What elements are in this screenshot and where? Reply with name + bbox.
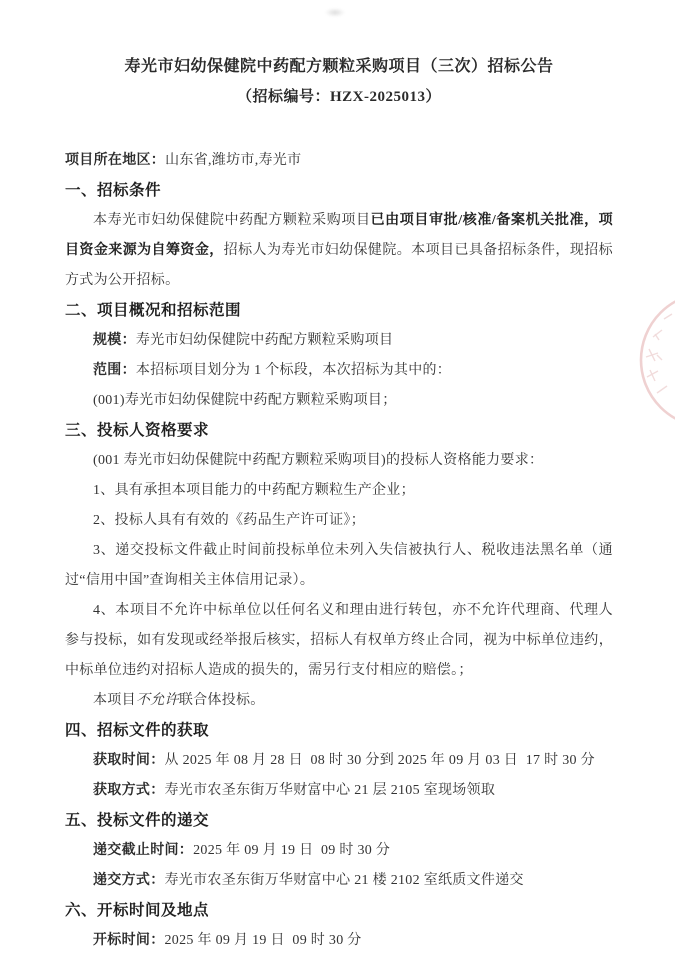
bid-opening-time-line: 开标时间：2025 年 09 月 19 日 09 时 30 分: [65, 926, 613, 953]
scope-label: 范围：: [93, 363, 136, 378]
location-value: 山东省,潍坊市,寿光市: [165, 153, 301, 168]
submit-deadline-line: 递交截止时间：2025 年 09 月 19 日 09 时 30 分: [65, 836, 613, 866]
section-4-heading: 四、招标文件的获取: [65, 716, 613, 746]
bid-opening-time-value: 2025 年 09 月 19 日 09 时 30 分: [165, 933, 362, 948]
qualification-item-2: 2、投标人具有有效的《药品生产许可证》；: [65, 506, 613, 536]
page-title: 寿光市妇幼保健院中药配方颗粒采购项目（三次）招标公告: [65, 52, 613, 82]
bid-number: （招标编号：HZX-2025013）: [65, 82, 613, 112]
no-consortium-suffix: 联合体投标。: [179, 693, 265, 708]
project-scale-line: 规模：寿光市妇幼保健院中药配方颗粒采购项目: [65, 326, 613, 356]
qualification-item-3: 3、递交投标文件截止时间前投标单位未列入失信被执行人、税收违法黑名单（通过“信用…: [65, 536, 613, 596]
scanned-document-page: 寿光市妇幼保健院中药配方颗粒采购项目（三次）招标公告 （招标编号：HZX-202…: [0, 0, 675, 953]
obtain-method-label: 获取方式：: [93, 783, 165, 798]
section-1-text-a: 本寿光市妇幼保健院中药配方颗粒采购项目: [93, 213, 371, 228]
qualification-intro-line: (001 寿光市妇幼保健院中药配方颗粒采购项目)的投标人资格能力要求：: [65, 446, 613, 476]
lot-line: (001)寿光市妇幼保健院中药配方颗粒采购项目；: [65, 386, 613, 416]
no-consortium-prefix: 本项目: [93, 693, 136, 708]
obtain-time-label: 获取时间：: [93, 753, 165, 768]
qualification-item-4: 4、本项目不允许中标单位以任何名义和理由进行转包，亦不允许代理商、代理人参与投标…: [65, 596, 613, 686]
no-consortium-emphasis: 不允许: [136, 693, 179, 708]
obtain-time-line: 获取时间：从 2025 年 08 月 28 日 08 时 30 分到 2025 …: [65, 746, 613, 776]
scale-label: 规模：: [93, 333, 136, 348]
official-red-stamp-icon: [633, 285, 675, 440]
section-6-heading: 六、开标时间及地点: [65, 896, 613, 926]
submit-deadline-label: 递交截止时间：: [93, 843, 193, 858]
section-1-paragraph: 本寿光市妇幼保健院中药配方颗粒采购项目已由项目审批/核准/备案机关批准，项目资金…: [65, 206, 613, 296]
submit-method-line: 递交方式：寿光市农圣东街万华财富中心 21 楼 2102 室纸质文件递交: [65, 866, 613, 896]
obtain-method-value: 寿光市农圣东街万华财富中心 21 层 2105 室现场领取: [165, 783, 496, 798]
section-5-heading: 五、投标文件的递交: [65, 806, 613, 836]
project-location-line: 项目所在地区：山东省,潍坊市,寿光市: [65, 146, 613, 176]
document-body: 寿光市妇幼保健院中药配方颗粒采购项目（三次）招标公告 （招标编号：HZX-202…: [65, 0, 613, 953]
location-label: 项目所在地区：: [65, 153, 165, 168]
obtain-time-value: 从 2025 年 08 月 28 日 08 时 30 分到 2025 年 09 …: [165, 753, 595, 768]
submit-method-value: 寿光市农圣东街万华财富中心 21 楼 2102 室纸质文件递交: [165, 873, 524, 888]
scope-value: 本招标项目划分为 1 个标段，本次招标为其中的：: [136, 363, 451, 378]
scale-value: 寿光市妇幼保健院中药配方颗粒采购项目: [136, 333, 393, 348]
submit-method-label: 递交方式：: [93, 873, 165, 888]
submit-deadline-value: 2025 年 09 月 19 日 09 时 30 分: [193, 843, 390, 858]
no-consortium-line: 本项目不允许联合体投标。: [65, 686, 613, 716]
bid-opening-time-label: 开标时间：: [93, 933, 165, 948]
project-scope-line: 范围：本招标项目划分为 1 个标段，本次招标为其中的：: [65, 356, 613, 386]
section-1-heading: 一、招标条件: [65, 176, 613, 206]
obtain-method-line: 获取方式：寿光市农圣东街万华财富中心 21 层 2105 室现场领取: [65, 776, 613, 806]
section-2-heading: 二、项目概况和招标范围: [65, 296, 613, 326]
section-3-heading: 三、投标人资格要求: [65, 416, 613, 446]
qualification-item-1: 1、具有承担本项目能力的中药配方颗粒生产企业；: [65, 476, 613, 506]
